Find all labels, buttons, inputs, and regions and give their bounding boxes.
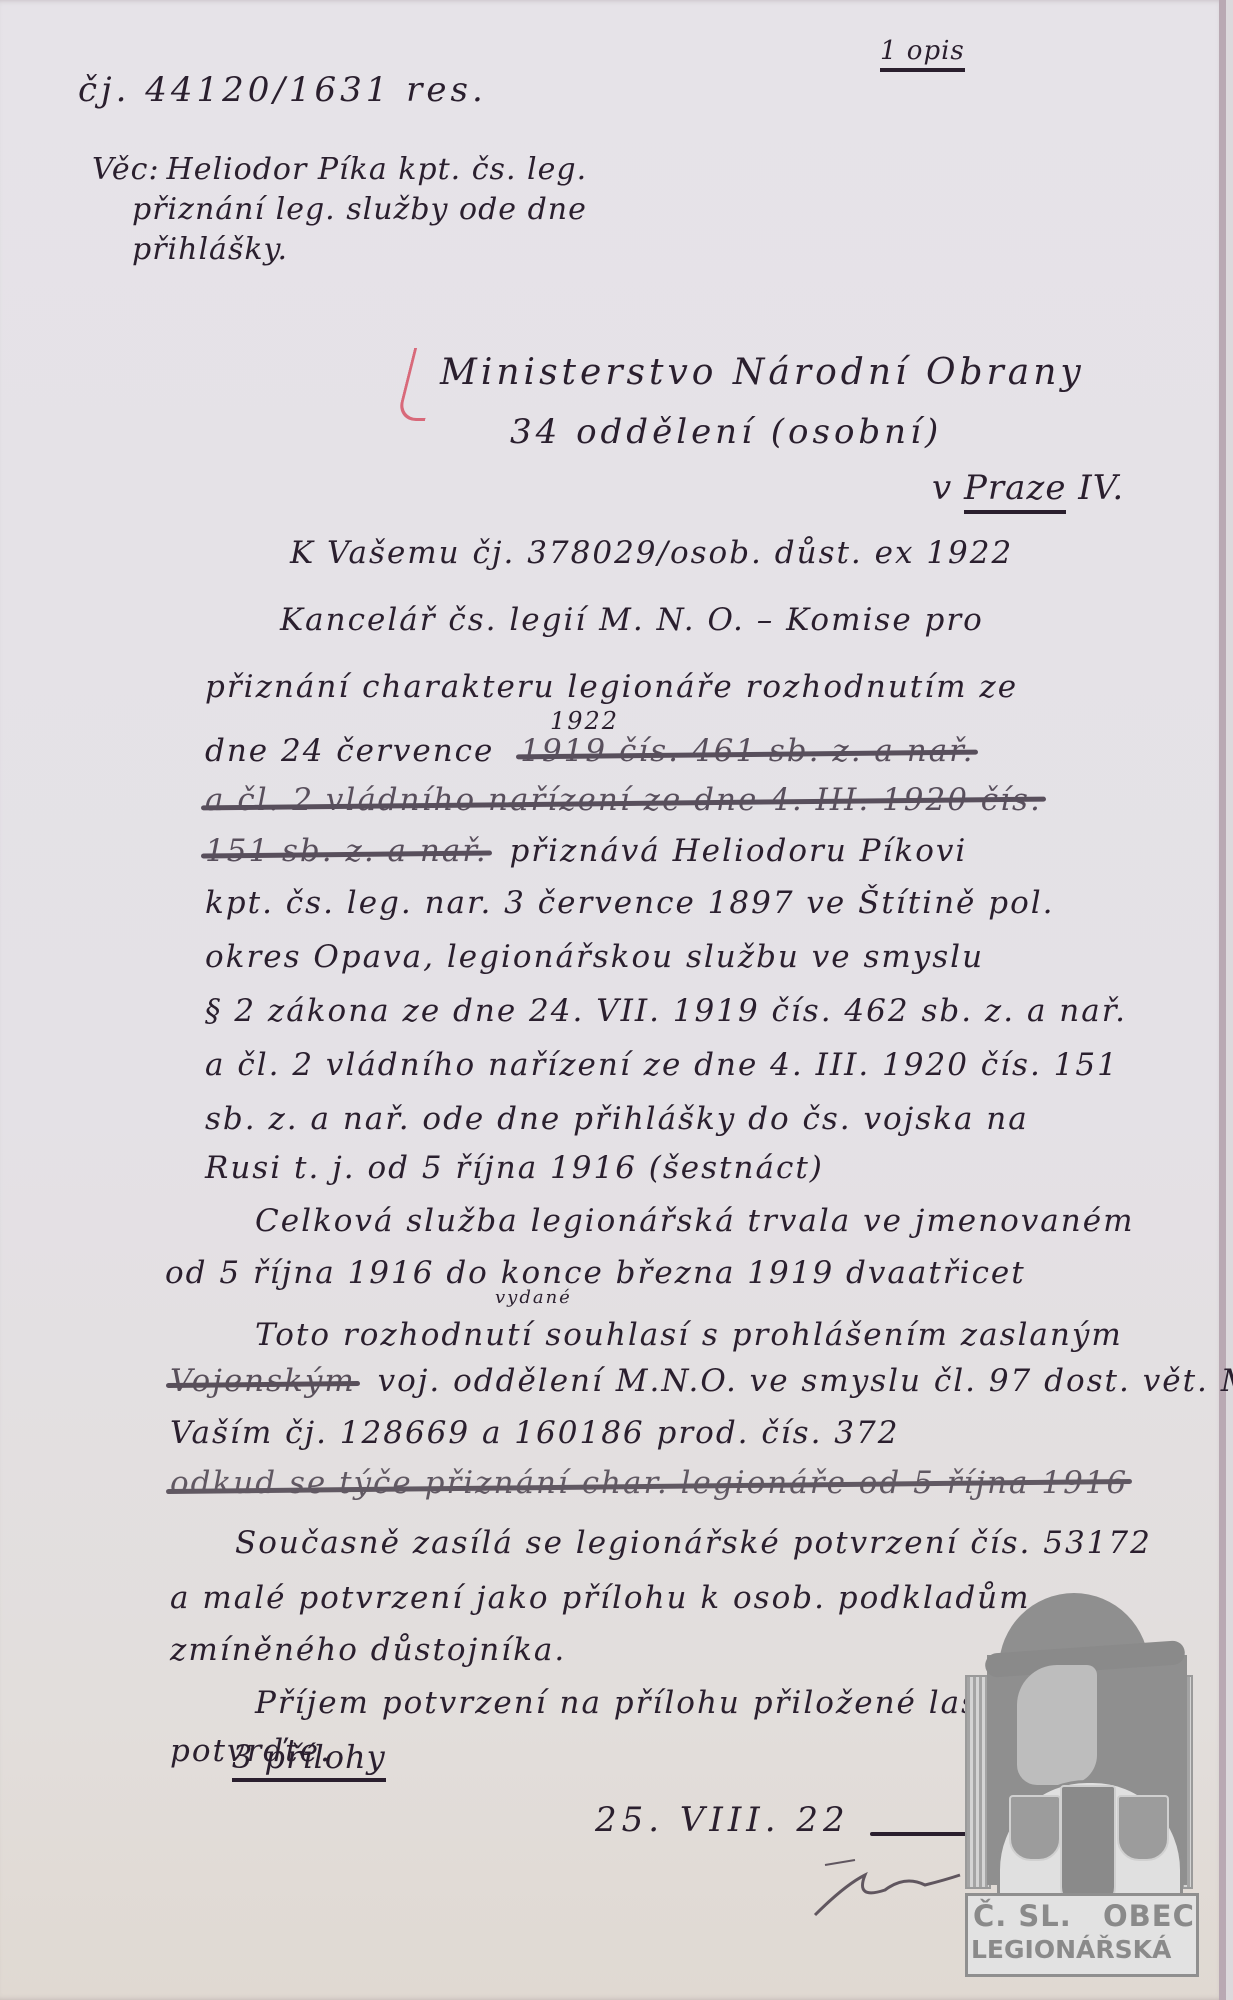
body-line-text: dne 24 července	[205, 733, 494, 769]
body-line: a malé potvrzení jako přílohu k osob. po…	[170, 1580, 1031, 1616]
subject-block: Věc: Heliodor Píka kpt. čs. leg. přiznán…	[92, 150, 587, 270]
city-name: Praze	[964, 468, 1066, 514]
shield-center-icon	[1060, 1785, 1116, 1909]
body-line: zmíněného důstojníka.	[170, 1632, 566, 1668]
red-check-mark	[396, 348, 443, 421]
body-line: Rusi t. j. od 5 října 1916 (šestnáct)	[205, 1150, 824, 1186]
enclosures-note: 3 přílohy	[232, 1738, 386, 1782]
body-line: 151 sb. z. a nař. přiznává Heliodoru Pík…	[205, 833, 967, 869]
document-date: 25. VIII. 22	[595, 1800, 850, 1840]
subject-label: Věc:	[92, 150, 156, 190]
shield-right-icon	[1117, 1795, 1169, 1861]
city-district: IV.	[1078, 468, 1124, 508]
obec-legionarska-watermark-logo: Č. SL. OBEC LEGIONÁŘSKÁ	[957, 1585, 1197, 1975]
body-line: Toto rozhodnutí souhlasí s prohlášením z…	[255, 1317, 1123, 1353]
logo-text-left: Č. SL.	[973, 1899, 1072, 1933]
body-line: přiznání charakteru legionáře rozhodnutí…	[205, 669, 1018, 705]
body-line-text: přiznává Heliodoru Píkovi	[509, 833, 967, 869]
struck-text: 1919 čís. 461 sb. z. a nař.	[520, 733, 974, 769]
body-line: Celková služba legionářská trvala ve jme…	[255, 1203, 1134, 1239]
addressee-line-2: 34 oddělení (osobní)	[510, 412, 942, 452]
reference-number: čj. 44120/1631 res.	[78, 70, 487, 110]
shield-left-icon	[1009, 1795, 1061, 1861]
body-line: Vaším čj. 128669 a 160186 prod. čís. 372	[170, 1415, 899, 1451]
signature	[805, 1845, 965, 1933]
logo-text-line-2: LEGIONÁŘSKÁ	[971, 1935, 1171, 1964]
body-line: okres Opava, legionářskou službu ve smys…	[205, 939, 984, 975]
body-line: od 5 října 1916 do konce března 1919 dva…	[165, 1255, 1026, 1291]
subject-line-3: přihlášky.	[132, 230, 587, 270]
body-line: Vojenským voj. oddělení M.N.O. ve smyslu…	[170, 1363, 1233, 1399]
corner-mark: 1 opis	[880, 36, 965, 72]
city-prefix: v	[932, 468, 952, 508]
logo-text-right: OBEC	[1103, 1899, 1195, 1933]
struck-text: a čl. 2 vládního nařízení ze dne 4. III.…	[205, 782, 1042, 818]
body-line: kpt. čs. leg. nar. 3 července 1897 ve Št…	[205, 885, 1055, 921]
struck-text: Vojenským	[170, 1363, 356, 1399]
document-page: 1 opis čj. 44120/1631 res. Věc: Heliodor…	[0, 0, 1226, 2000]
body-line: sb. z. a nař. ode dne přihlášky do čs. v…	[205, 1101, 1029, 1137]
body-line: § 2 zákona ze dne 24. VII. 1919 čís. 462…	[205, 993, 1127, 1029]
superscript-correction: vydané	[495, 1287, 572, 1308]
body-line-text: Toto rozhodnutí souhlasí s prohlášením z…	[255, 1317, 1123, 1353]
logo-text-line-1: Č. SL. OBEC	[973, 1899, 1072, 1933]
paper-edge	[1219, 0, 1226, 2000]
subject-line-2: přiznání leg. služby ode dne	[132, 190, 587, 230]
body-line: a čl. 2 vládního nařízení ze dne 4. III.…	[205, 1047, 1119, 1083]
addressee-city: v Praze IV.	[932, 468, 1124, 508]
signature-scribble-icon	[805, 1845, 965, 1925]
body-line: a čl. 2 vládního nařízení ze dne 4. III.…	[205, 782, 1042, 818]
struck-text: odkud se týče přiznání char. legionáře o…	[170, 1465, 1128, 1501]
body-line: Současně zasílá se legionářské potvrzení…	[235, 1525, 1152, 1561]
subject-line-1: Heliodor Píka kpt. čs. leg.	[167, 152, 588, 187]
struck-text: 151 sb. z. a nař.	[205, 833, 488, 869]
soldier-profile-icon	[1017, 1665, 1097, 1785]
body-line: dne 24 července 1919 čís. 461 sb. z. a n…	[205, 733, 974, 769]
superscript-correction: 1922	[550, 707, 619, 735]
body-line: K Vašemu čj. 378029/osob. důst. ex 1922	[290, 535, 1013, 571]
body-line: Příjem potvrzení na přílohu přiložené la…	[255, 1685, 1060, 1721]
body-line-text: voj. oddělení M.N.O. ve smyslu čl. 97 do…	[378, 1363, 1233, 1399]
addressee-line-1: Ministerstvo Národní Obrany	[440, 352, 1085, 393]
body-line: odkud se týče přiznání char. legionáře o…	[170, 1465, 1128, 1501]
body-line: Kancelář čs. legií M. N. O. – Komise pro	[280, 602, 984, 638]
